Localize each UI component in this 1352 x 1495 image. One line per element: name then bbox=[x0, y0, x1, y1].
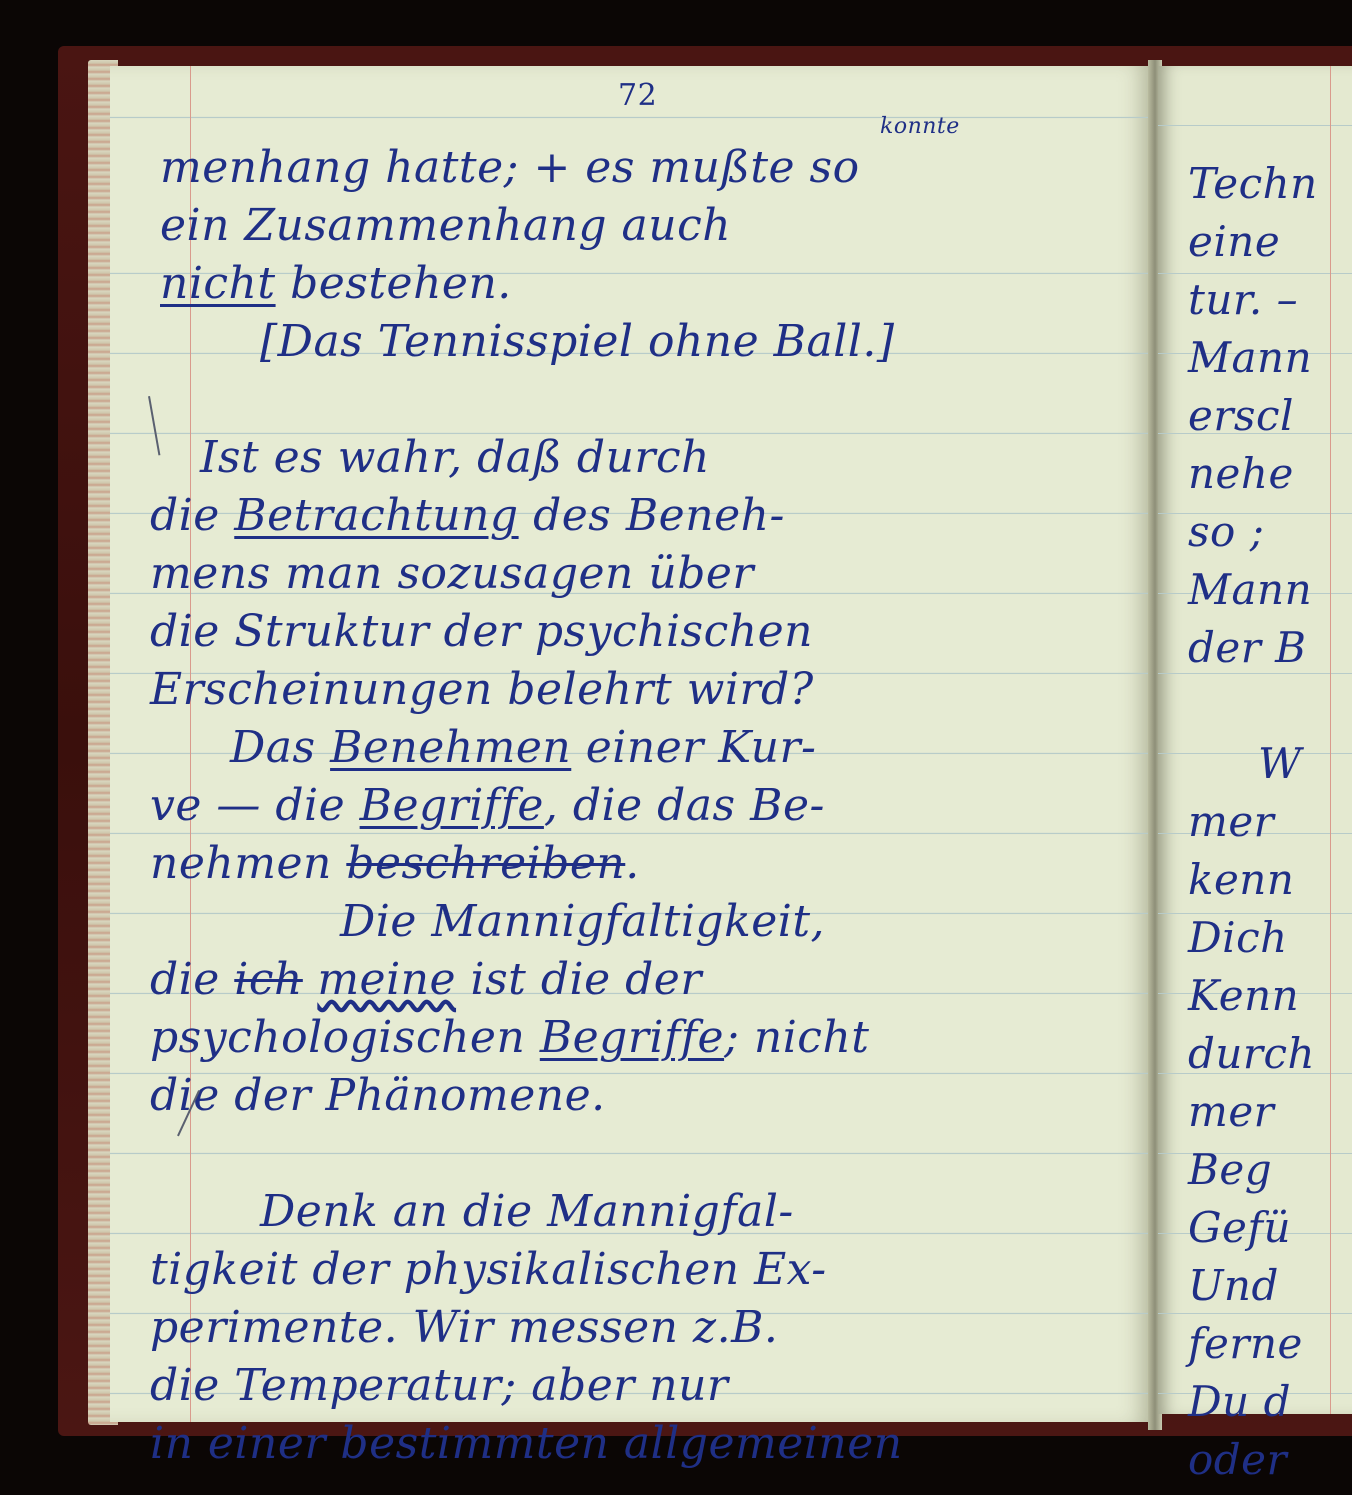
text-line: in einer bestimmten allgemeinen bbox=[150, 1404, 903, 1484]
text-segment: nehmen bbox=[150, 838, 346, 889]
text-segment: die der Phänomene. bbox=[150, 1070, 606, 1121]
page-number: 72 bbox=[618, 78, 657, 113]
text-line: die der Phänomene. bbox=[150, 1056, 606, 1136]
text-segment: [Das Tennisspiel ohne Ball.] bbox=[260, 316, 895, 367]
text-segment: in einer bestimmten allgemeinen bbox=[150, 1418, 903, 1469]
text-line-fragment: oder bbox=[1188, 1420, 1287, 1495]
text-segment: ; nicht bbox=[724, 1012, 869, 1063]
text-line: [Das Tennisspiel ohne Ball.] bbox=[260, 302, 895, 382]
right-margin-line bbox=[1330, 66, 1331, 1414]
underline-text-segment: nicht bbox=[160, 258, 276, 309]
interlinear-insert: konnte bbox=[880, 114, 960, 139]
right-page: Techneinetur. –Mannersclneheso ;Mannder … bbox=[1158, 66, 1352, 1414]
text-line-fragment: der B bbox=[1188, 608, 1307, 688]
left-page: 72 konnte menhang hatte; + es mußte soei… bbox=[110, 66, 1150, 1422]
